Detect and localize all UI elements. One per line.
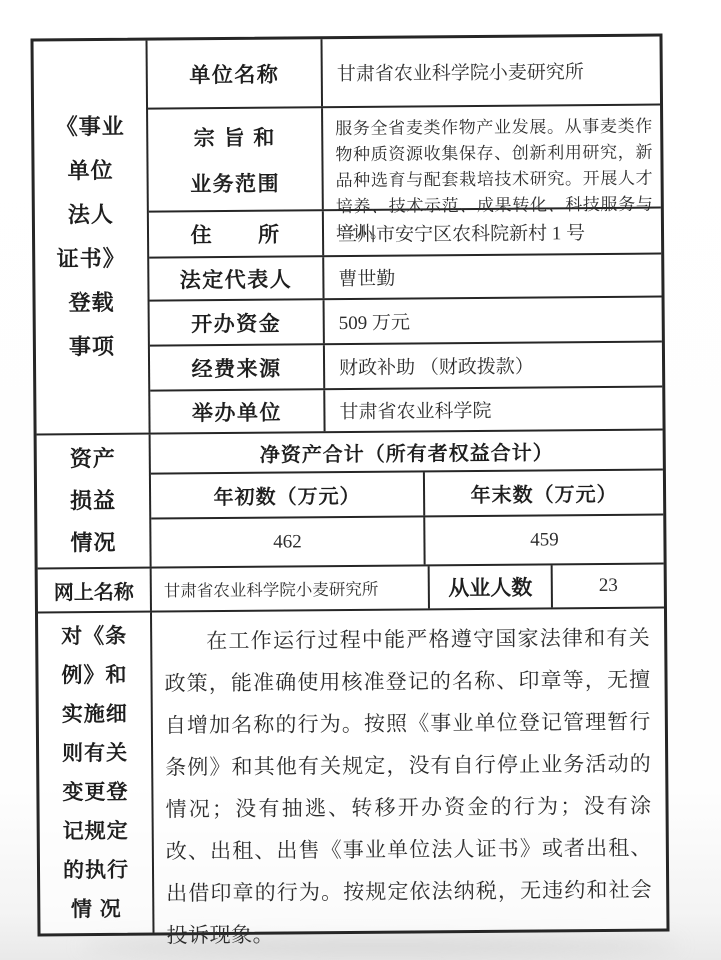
section-compliance: 对《条 例》和 实施细 则有关 变更登 记规定 的执行 情 况 在工作运行过程中… xyxy=(38,609,666,934)
registration-rows: 单位名称 甘肃省农业科学院小麦研究所 宗 旨 和 业务范围 服务全省麦类作物产业… xyxy=(148,37,663,433)
section-assets: 资产 损益 情况 净资产合计（所有者权益合计） 年初数（万元） 年末数（万元） … xyxy=(37,431,664,570)
unit-name-label: 单位名称 xyxy=(148,39,324,107)
section-online-name: 网上名称 甘肃省农业科学院小麦研究所 从业人数 23 xyxy=(38,565,664,614)
section-header-line: 损益 xyxy=(70,480,116,522)
net-assets-total-header: 净资产合计（所有者权益合计） xyxy=(151,431,663,475)
legal-representative-label: 法定代表人 xyxy=(149,257,324,299)
row-address: 住 所 兰州市安宁区农科院新村 1 号 xyxy=(149,209,661,259)
funding-source-label: 经费来源 xyxy=(150,345,325,389)
section-header-line: 情 况 xyxy=(71,890,122,929)
opening-capital-label: 开办资金 xyxy=(150,300,325,344)
online-name-value: 甘肃省农业科学院小麦研究所 xyxy=(152,566,430,610)
row-opening-capital: 开办资金 509 万元 xyxy=(150,298,662,347)
row-funding-source: 经费来源 财政补助 （财政拨款） xyxy=(150,343,662,392)
section-header-compliance: 对《条 例》和 实施细 则有关 变更登 记规定 的执行 情 况 xyxy=(38,613,155,934)
year-begin-header: 年初数（万元） xyxy=(151,472,425,517)
purpose-scope-label-line1: 宗 旨 和 xyxy=(194,121,276,152)
row-unit-name: 单位名称 甘肃省农业科学院小麦研究所 xyxy=(148,37,661,110)
staff-count-value: 23 xyxy=(553,565,664,608)
certificate-info-table: 《事业 单位 法人 证书》 登载 事项 单位名称 甘肃省农业科学院小麦研究所 宗… xyxy=(30,34,669,937)
section-header-line: 法人 xyxy=(68,193,114,237)
section-header-line: 登载 xyxy=(68,281,114,325)
year-end-value: 459 xyxy=(425,516,663,565)
section-header-assets: 资产 损益 情况 xyxy=(37,435,152,568)
year-end-header: 年末数（万元） xyxy=(425,471,663,516)
compliance-paragraph: 在工作运行过程中能严格遵守国家法律和有关政策，能准确使用核准登记的名称、印章等，… xyxy=(152,609,666,933)
section-header-line: 实施细 xyxy=(62,695,128,735)
section-header-line: 记规定 xyxy=(63,812,129,852)
legal-representative-value: 曹世勤 xyxy=(324,255,661,299)
section-registration: 《事业 单位 法人 证书》 登载 事项 单位名称 甘肃省农业科学院小麦研究所 宗… xyxy=(34,37,663,436)
assets-values: 462 459 xyxy=(151,516,663,567)
section-header-line: 单位 xyxy=(67,149,113,193)
purpose-scope-label: 宗 旨 和 业务范围 xyxy=(148,108,324,210)
row-legal-representative: 法定代表人 曹世勤 xyxy=(149,255,661,302)
year-begin-value: 462 xyxy=(151,517,425,566)
address-label: 住 所 xyxy=(149,211,324,256)
organizer-label: 举办单位 xyxy=(150,390,325,432)
section-header-line: 《事业 xyxy=(55,105,124,150)
row-purpose-scope: 宗 旨 和 业务范围 服务全省麦类作物产业发展。从事麦类作物种质资源收集保存、创… xyxy=(148,106,661,213)
online-name-label: 网上名称 xyxy=(38,569,152,612)
section-header-line: 则有关 xyxy=(62,734,128,774)
section-header-line: 情况 xyxy=(70,522,116,564)
assets-column-headers: 年初数（万元） 年末数（万元） xyxy=(151,471,663,520)
section-header-certificate-items: 《事业 单位 法人 证书》 登载 事项 xyxy=(34,41,151,434)
section-header-line: 资产 xyxy=(70,438,116,480)
purpose-scope-label-line2: 业务范围 xyxy=(190,167,280,198)
section-header-line: 事项 xyxy=(69,325,115,369)
address-value: 兰州市安宁区农科院新村 1 号 xyxy=(324,209,661,256)
purpose-scope-value: 服务全省麦类作物产业发展。从事麦类作物种质资源收集保存、创新利用研究，新品种选育… xyxy=(323,106,661,210)
assets-grid: 净资产合计（所有者权益合计） 年初数（万元） 年末数（万元） 462 459 xyxy=(151,431,664,567)
section-header-line: 对《条 xyxy=(61,617,127,657)
funding-source-value: 财政补助 （财政拨款） xyxy=(325,343,662,389)
staff-count-label: 从业人数 xyxy=(430,565,553,608)
section-header-line: 变更登 xyxy=(62,773,128,813)
opening-capital-value: 509 万元 xyxy=(325,298,662,344)
section-header-line: 的执行 xyxy=(63,851,129,891)
section-header-line: 例》和 xyxy=(61,656,127,696)
section-header-line: 证书》 xyxy=(57,237,126,282)
unit-name-value: 甘肃省农业科学院小麦研究所 xyxy=(322,37,660,107)
organizer-value: 甘肃省农业科学院 xyxy=(325,388,662,432)
row-organizer: 举办单位 甘肃省农业科学院 xyxy=(150,388,662,433)
scanned-document-page: 《事业 单位 法人 证书》 登载 事项 单位名称 甘肃省农业科学院小麦研究所 宗… xyxy=(0,0,721,960)
